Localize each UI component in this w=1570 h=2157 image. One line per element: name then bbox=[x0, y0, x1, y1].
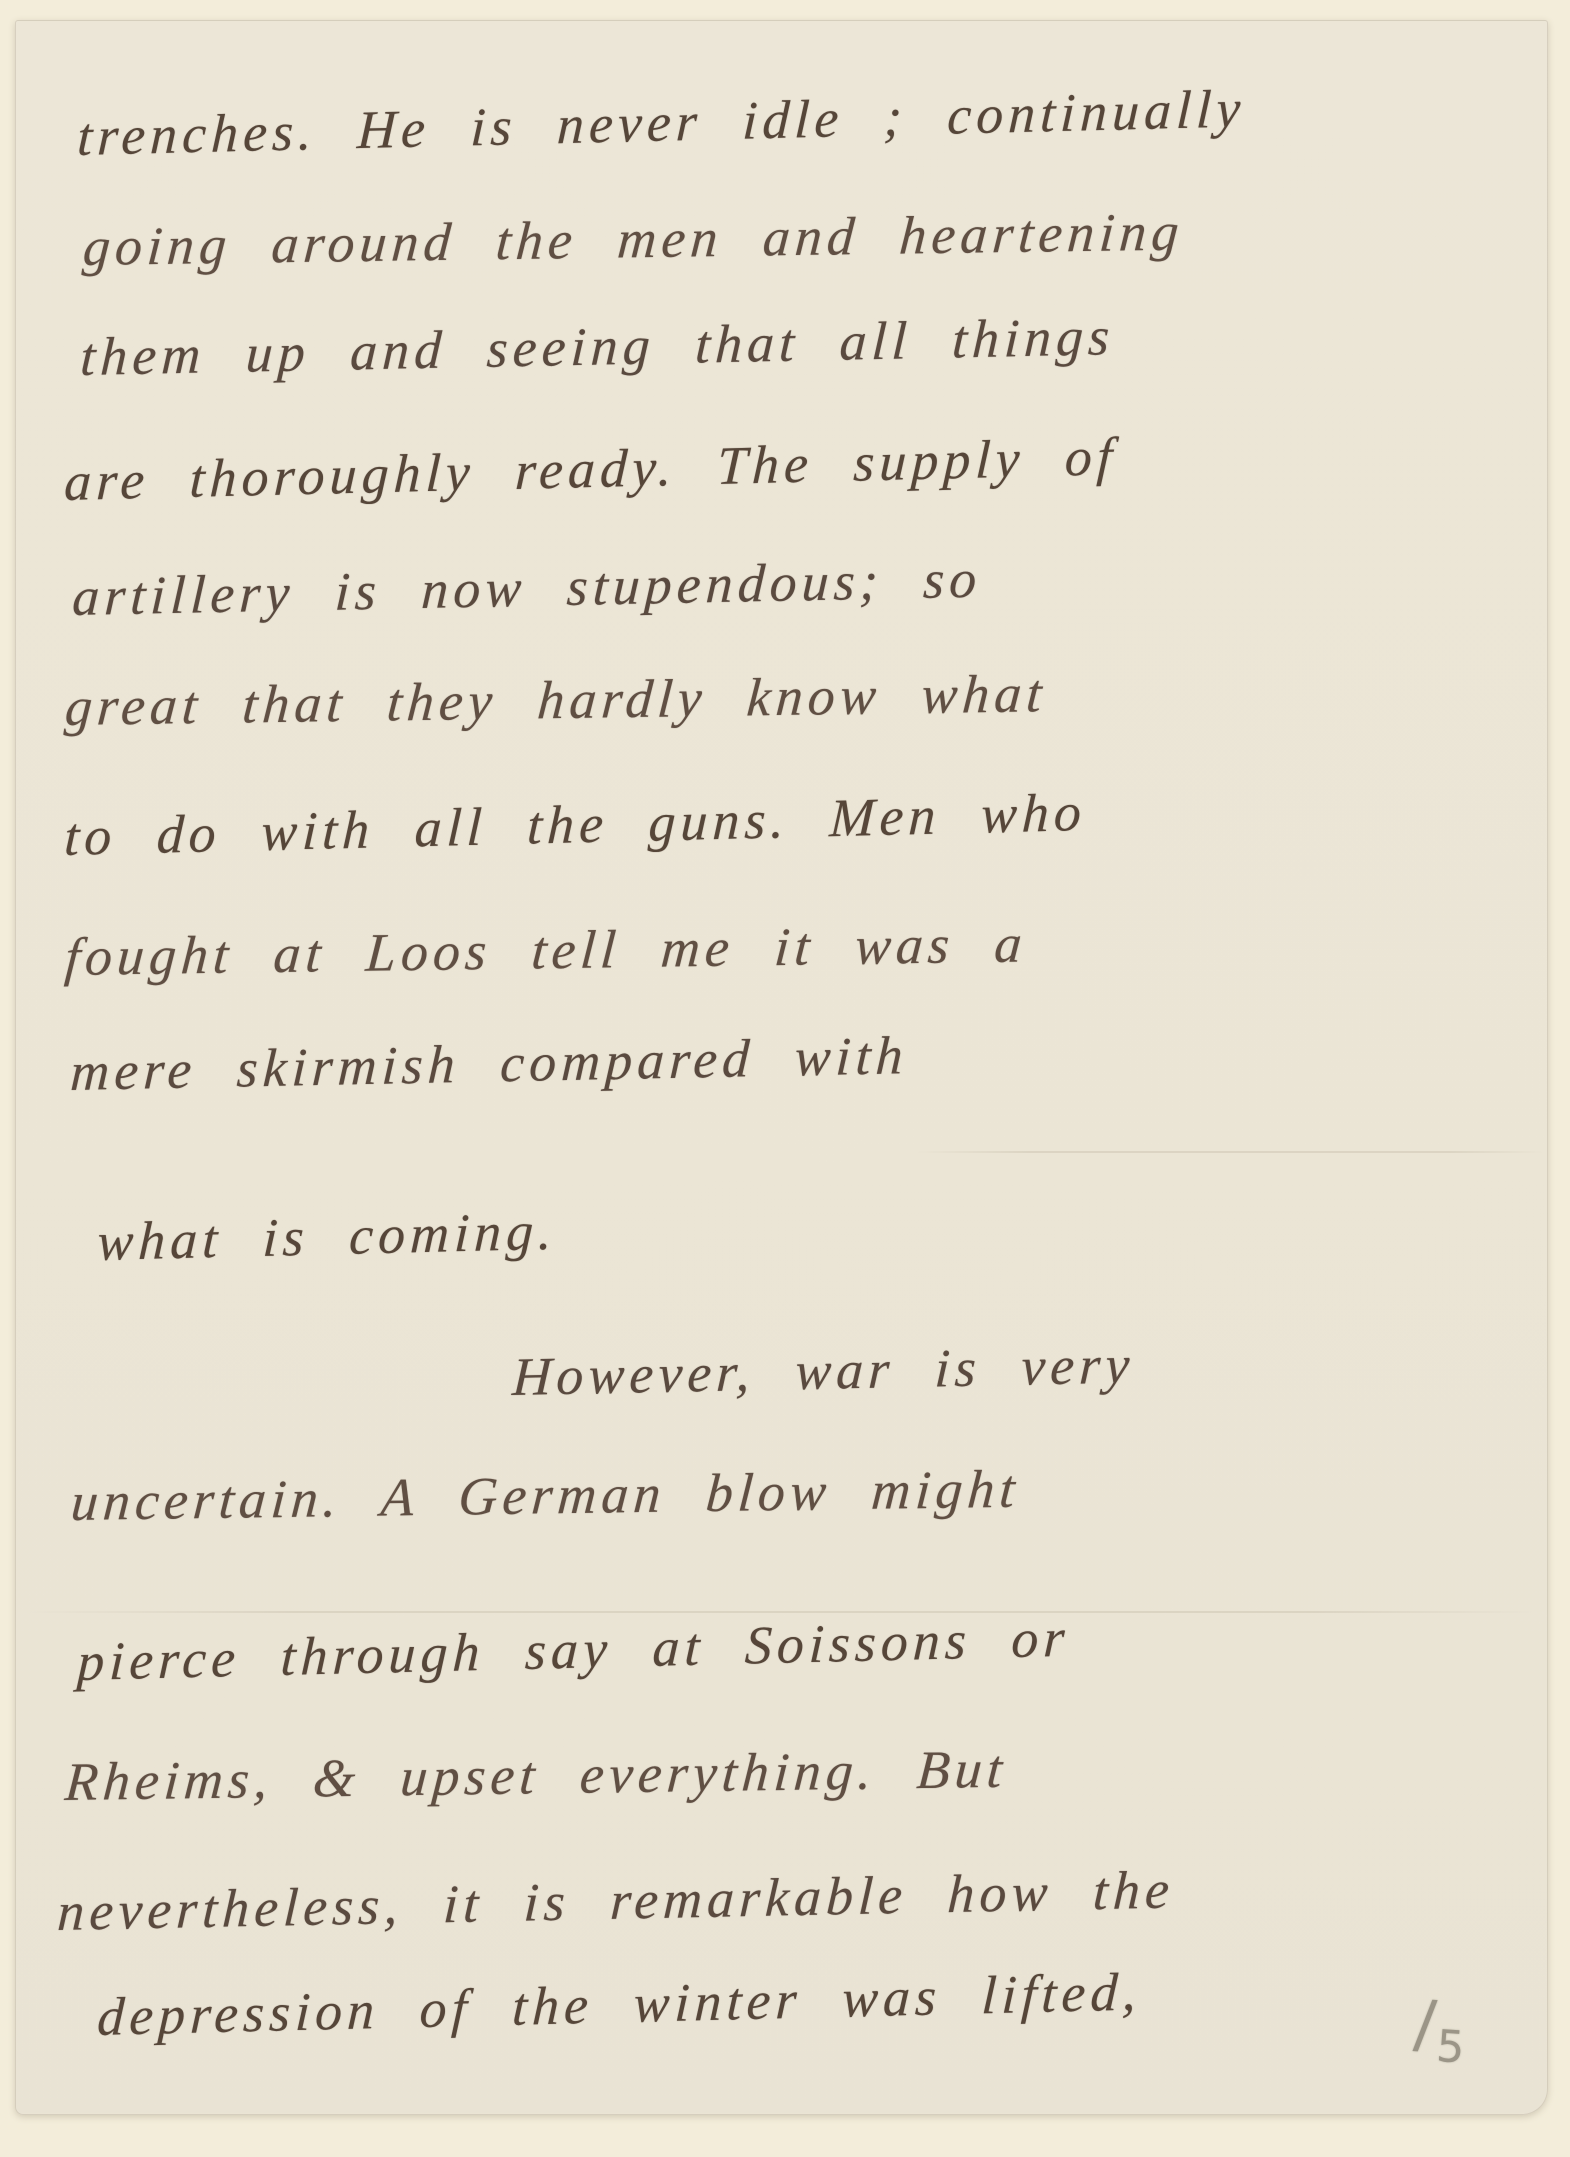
letter-page: trenches. He is never idle ; continually… bbox=[15, 20, 1548, 2115]
fold-crease-lower bbox=[20, 1611, 1540, 1613]
handwritten-line: Rheims, & upset everything. But bbox=[63, 1738, 1009, 1813]
handwritten-line: depression of the winter was lifted, bbox=[96, 1960, 1142, 2048]
handwritten-line: trenches. He is never idle ; continually bbox=[76, 77, 1247, 168]
handwritten-line: great that they hardly know what bbox=[63, 662, 1049, 738]
handwritten-line: are thoroughly ready. The supply of bbox=[63, 425, 1118, 513]
handwritten-line: mere skirmish compared with bbox=[69, 1024, 909, 1103]
handwritten-line: what is coming. bbox=[96, 1200, 558, 1273]
handwritten-line: fought at Loos tell me it was a bbox=[63, 913, 1029, 988]
handwritten-line: However, war is very bbox=[511, 1333, 1136, 1408]
handwritten-line: nevertheless, it is remarkable how the bbox=[56, 1859, 1176, 1943]
handwritten-line: them up and seeing that all things bbox=[79, 305, 1116, 388]
handwritten-line: to do with all the guns. Men who bbox=[63, 781, 1088, 868]
fold-crease-upper bbox=[916, 1151, 1544, 1153]
handwritten-line: going around the men and heartening bbox=[81, 201, 1186, 278]
handwritten-line: uncertain. A German blow might bbox=[69, 1458, 1022, 1533]
pencil-digit: 5 bbox=[1435, 2021, 1468, 2074]
pencil-page-number: /5 bbox=[1411, 1987, 1470, 2074]
handwritten-line: artillery is now stupendous; so bbox=[71, 548, 983, 628]
handwritten-line: pierce through say at Soissons or bbox=[76, 1607, 1071, 1693]
